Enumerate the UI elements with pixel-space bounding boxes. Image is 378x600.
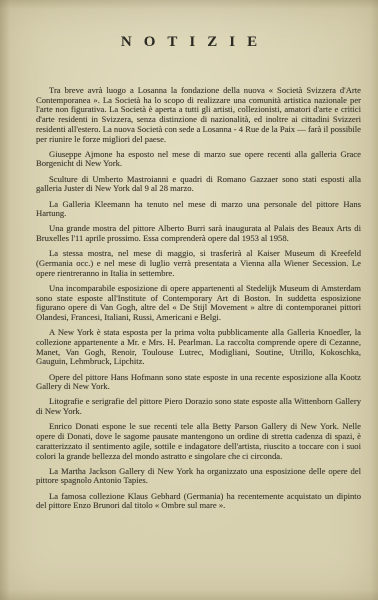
paragraph-ajmone: Giuseppe Ajmone ha esposto nel mese di m…: [36, 150, 361, 169]
paragraph-gebhard: La famosa collezione Klaus Gebhard (Germ…: [36, 492, 361, 511]
paragraph-pearlman: A New York è stata esposta per la prima …: [36, 328, 361, 367]
paragraph-tapies: La Martha Jackson Gallery di New York ha…: [36, 467, 361, 486]
paragraph-mastroianni: Sculture di Umberto Mastroianni e quadri…: [36, 175, 361, 194]
text-column: Tra breve avrà luogo a Losanna la fondaz…: [36, 86, 361, 517]
paragraph-burri: Una grande mostra del pittore Alberto Bu…: [36, 224, 361, 243]
scanned-page: NOTIZIE Tra breve avrà luogo a Losanna l…: [0, 0, 378, 600]
page-title: NOTIZIE: [0, 0, 378, 51]
paragraph-donati: Enrico Donati espone le sue recenti tele…: [36, 422, 361, 461]
paragraph-dorazio: Litografie e serigrafie del pittore Pier…: [36, 397, 361, 416]
paragraph-society-founding: Tra breve avrà luogo a Losanna la fondaz…: [36, 86, 361, 144]
paragraph-stedelijk: Una incomparabile esposizione di opere a…: [36, 284, 361, 323]
paragraph-kleemann: La Galleria Kleemann ha tenuto nel mese …: [36, 200, 361, 219]
paragraph-burri-tour: La stessa mostra, nel mese di maggio, si…: [36, 249, 361, 278]
paragraph-hofmann: Opere del pittore Hans Hofmann sono stat…: [36, 373, 361, 392]
